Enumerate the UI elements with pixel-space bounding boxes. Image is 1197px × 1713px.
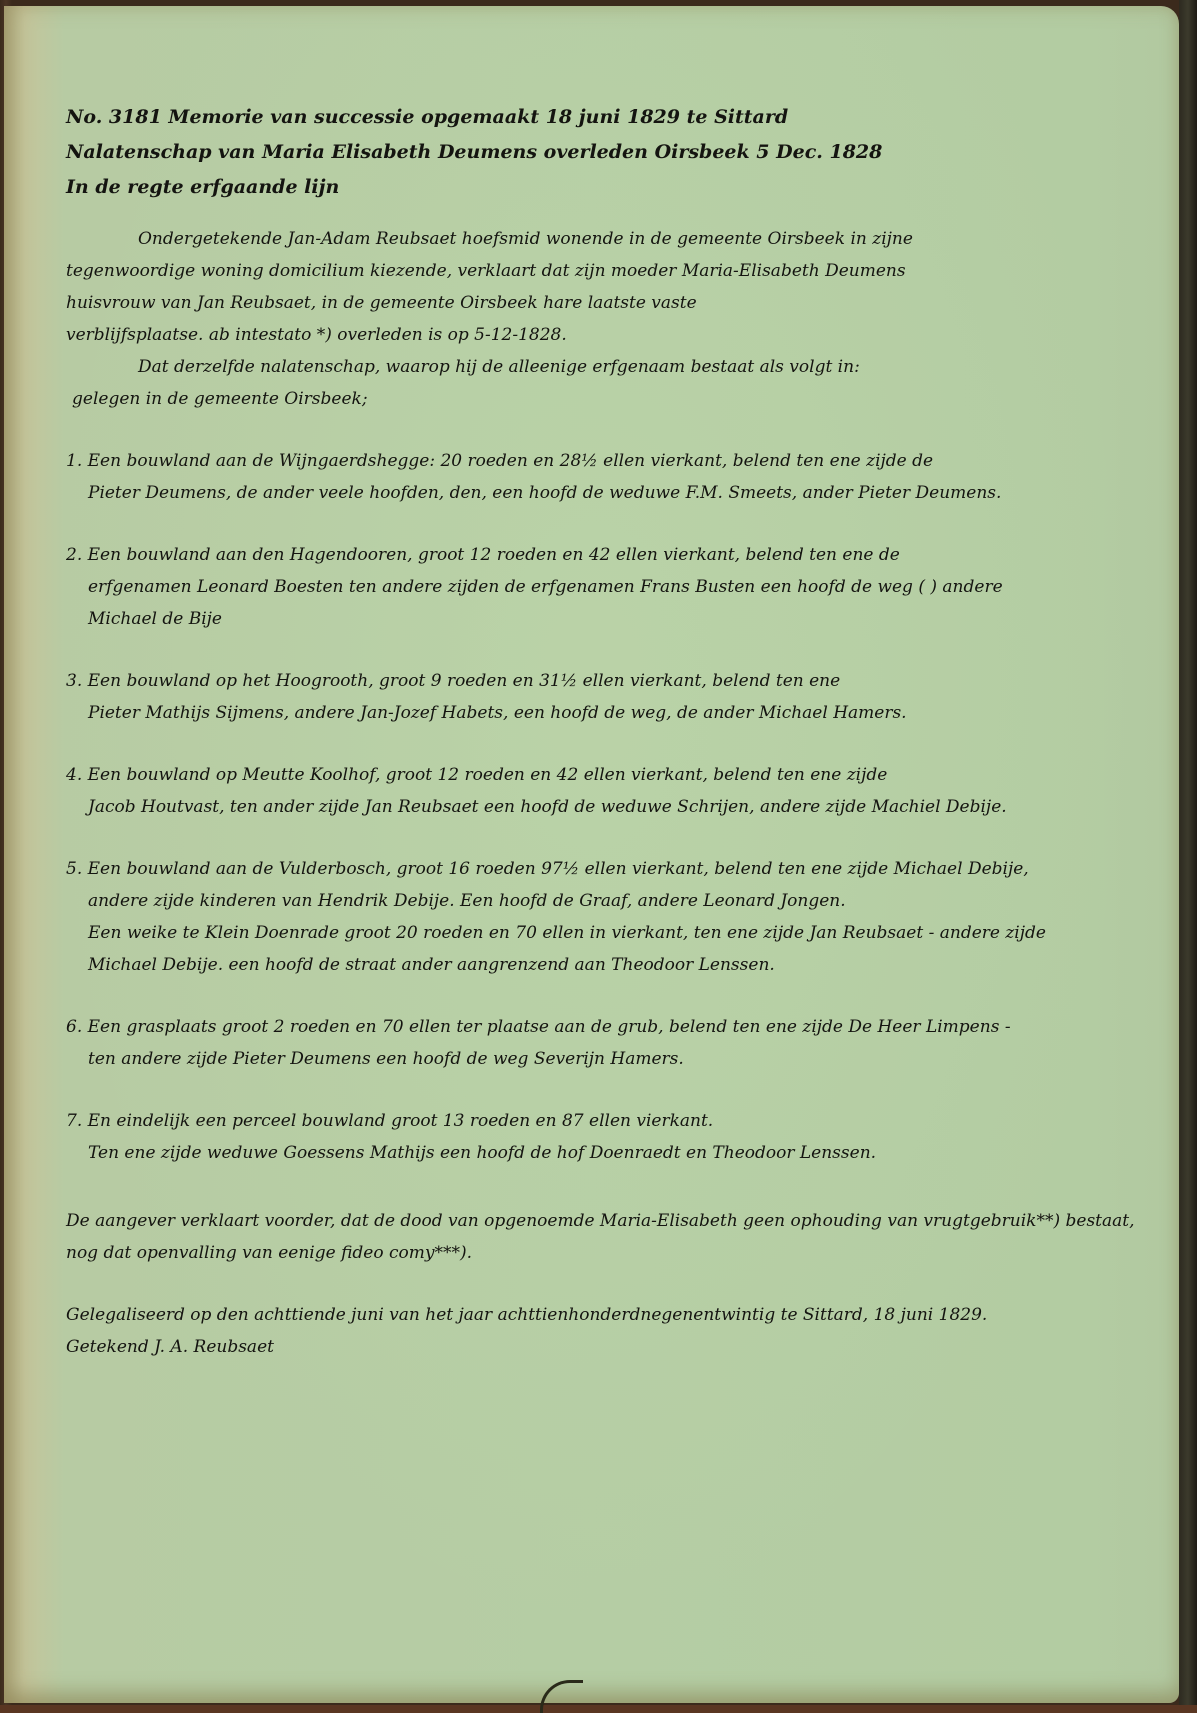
item-number: 5. bbox=[66, 859, 82, 879]
item-line: En eindelijk een perceel bouwland groot … bbox=[88, 1111, 714, 1131]
declaration-paragraph: De aangever verklaart voorder, dat de do… bbox=[66, 1205, 1146, 1269]
item-line: andere zijde kinderen van Hendrik Debije… bbox=[66, 885, 1146, 917]
item-line: erfgenamen Leonard Boesten ten andere zi… bbox=[66, 571, 1146, 603]
intro-line: tegenwoordige woning domicilium kiezende… bbox=[66, 255, 1146, 287]
property-item-6: 6. Een grasplaats groot 2 roeden en 70 e… bbox=[66, 1011, 1146, 1075]
item-line: ten andere zijde Pieter Deumens een hoof… bbox=[66, 1043, 1146, 1075]
item-line: Een grasplaats groot 2 roeden en 70 elle… bbox=[88, 1017, 1011, 1037]
item-line: Een bouwland aan de Vulderbosch, groot 1… bbox=[88, 859, 1029, 879]
item-line: Michael de Bije bbox=[66, 603, 1146, 635]
property-item-2: 2. Een bouwland aan den Hagendooren, gro… bbox=[66, 539, 1146, 635]
intro-line: verblijfsplaatse. ab intestato *) overle… bbox=[66, 319, 1146, 351]
item-line: Een bouwland op Meutte Koolhof, groot 12… bbox=[88, 765, 888, 785]
document-header: No. 3181 Memorie van successie opgemaakt… bbox=[66, 100, 1146, 205]
header-line-2: Nalatenschap van Maria Elisabeth Deumens… bbox=[66, 135, 1146, 170]
item-number: 6. bbox=[66, 1017, 82, 1037]
property-item-3: 3. Een bouwland op het Hoogrooth, groot … bbox=[66, 665, 1146, 729]
intro-line: gelegen in de gemeente Oirsbeek; bbox=[66, 383, 1146, 415]
legalization-line: Gelegaliseerd op den achttiende juni van… bbox=[66, 1299, 1146, 1331]
item-line: Pieter Deumens, de ander veele hoofden, … bbox=[66, 477, 1146, 509]
declaration-line: De aangever verklaart voorder, dat de do… bbox=[66, 1205, 1146, 1237]
item-line: Ten ene zijde weduwe Goessens Mathijs ee… bbox=[66, 1137, 1146, 1169]
document-body: No. 3181 Memorie van successie opgemaakt… bbox=[66, 100, 1146, 1363]
intro-paragraph: Ondergetekende Jan-Adam Reubsaet hoefsmi… bbox=[66, 223, 1146, 415]
property-item-5: 5. Een bouwland aan de Vulderbosch, groo… bbox=[66, 853, 1146, 981]
page-bottom-edge bbox=[0, 1705, 1197, 1713]
declaration-line: nog dat openvalling van eenige fideo com… bbox=[66, 1237, 1146, 1269]
item-line: Een weike te Klein Doenrade groot 20 roe… bbox=[66, 917, 1146, 949]
item-line: Een bouwland op het Hoogrooth, groot 9 r… bbox=[88, 671, 841, 691]
item-number: 2. bbox=[66, 545, 82, 565]
property-item-4: 4. Een bouwland op Meutte Koolhof, groot… bbox=[66, 759, 1146, 823]
signature-line: Getekend J. A. Reubsaet bbox=[66, 1331, 1146, 1363]
item-line: Pieter Mathijs Sijmens, andere Jan-Jozef… bbox=[66, 697, 1146, 729]
property-item-7: 7. En eindelijk een perceel bouwland gro… bbox=[66, 1105, 1146, 1169]
item-line: Michael Debije. een hoofd de straat ande… bbox=[66, 949, 1146, 981]
item-number: 7. bbox=[66, 1111, 82, 1131]
item-number: 4. bbox=[66, 765, 82, 785]
header-line-3: In de regte erfgaande lijn bbox=[66, 170, 1146, 205]
header-line-1: No. 3181 Memorie van successie opgemaakt… bbox=[66, 100, 1146, 135]
intro-line: Dat derzelfde nalatenschap, waarop hij d… bbox=[66, 351, 1146, 383]
item-number: 1. bbox=[66, 451, 82, 471]
item-line: Jacob Houtvast, ten ander zijde Jan Reub… bbox=[66, 791, 1146, 823]
intro-line: Ondergetekende Jan-Adam Reubsaet hoefsmi… bbox=[66, 223, 1146, 255]
book-spine-edge bbox=[1179, 0, 1197, 1713]
item-line: Een bouwland aan de Wijngaerdshegge: 20 … bbox=[88, 451, 933, 471]
item-line: Een bouwland aan den Hagendooren, groot … bbox=[88, 545, 900, 565]
property-item-1: 1. Een bouwland aan de Wijngaerdshegge: … bbox=[66, 445, 1146, 509]
item-number: 3. bbox=[66, 671, 82, 691]
intro-line: huisvrouw van Jan Reubsaet, in de gemeen… bbox=[66, 287, 1146, 319]
